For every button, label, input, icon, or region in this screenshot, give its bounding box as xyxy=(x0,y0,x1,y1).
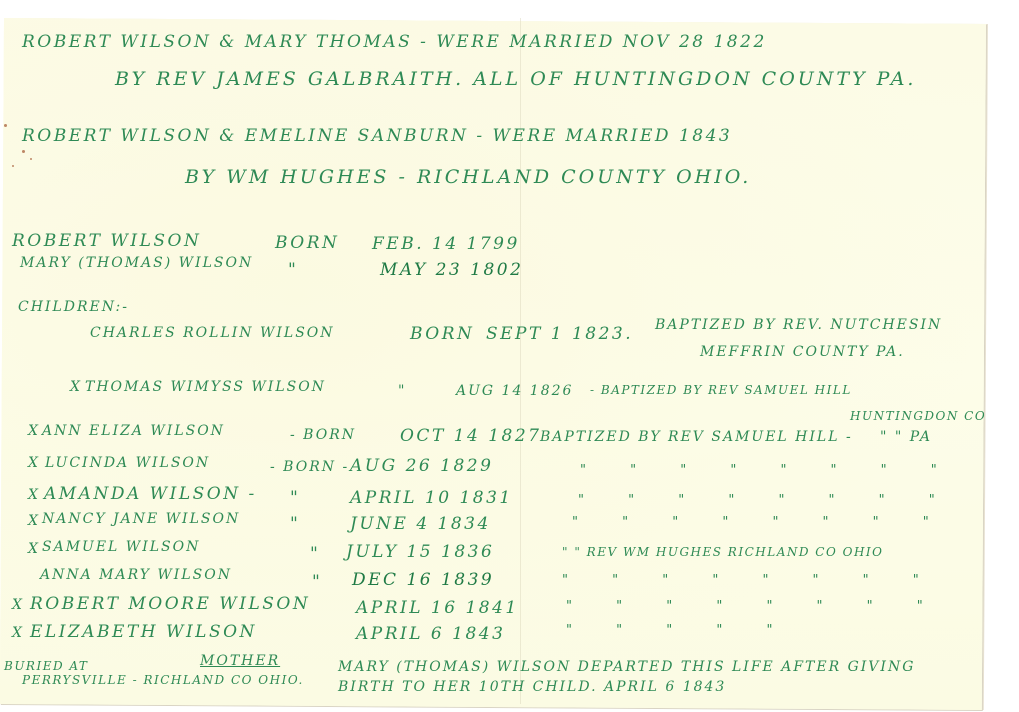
ink-stain xyxy=(22,150,25,153)
child-birth-date: Sept 1 1823. xyxy=(486,326,633,343)
child-baptism-place: Huntingdon Co xyxy=(850,410,986,422)
child-born-label: " xyxy=(290,490,300,507)
child-name: Anna Mary Wilson xyxy=(40,568,232,582)
mother-label: Mother xyxy=(200,654,280,668)
burial-place: Perrysville - Richland Co Ohio. xyxy=(22,674,304,686)
child-birth-date: April 16 1841 xyxy=(356,600,519,617)
child-baptism: " " Rev Wm Hughes Richland Co Ohio xyxy=(562,546,884,558)
child-name: Thomas Wimyss Wilson xyxy=(85,380,326,394)
ditto-marks: " " " " " " " " xyxy=(572,516,929,529)
child-birth-date: April 10 1831 xyxy=(350,490,513,507)
child-baptism-place: Meffrin County PA. xyxy=(700,345,905,359)
ink-stain xyxy=(30,158,32,160)
child-mark: x xyxy=(28,488,40,502)
child-mark: x xyxy=(70,380,82,394)
ditto-marks: " " " " " xyxy=(566,624,772,637)
child-mark: x xyxy=(12,598,24,612)
footer-line-1: Mary (Thomas) Wilson departed this life … xyxy=(338,660,915,674)
ink-stain xyxy=(4,124,7,127)
child-born-label: - Born - xyxy=(270,460,349,474)
child-name: Ann Eliza Wilson xyxy=(42,424,225,438)
child-born-label: " xyxy=(312,574,322,591)
child-birth-date: July 15 1836 xyxy=(346,544,494,561)
scanned-page: Robert Wilson & Mary Thomas - were marri… xyxy=(0,0,1019,712)
child-born-label: " xyxy=(290,516,300,533)
child-baptism: Baptized by Rev. Nutchesin xyxy=(655,318,942,332)
child-birth-date: June 4 1834 xyxy=(350,516,491,533)
ink-stain xyxy=(12,165,14,167)
parent-name: Robert Wilson xyxy=(12,233,201,250)
parent-birth-date: May 23 1802 xyxy=(380,262,523,279)
child-birth-date: Aug 26 1829 xyxy=(350,458,493,475)
ditto-marks: " " " " " " " " xyxy=(580,464,937,477)
child-born-label: Born xyxy=(410,326,474,343)
marriage-2-line-1: Robert Wilson & Emeline Sanburn - were m… xyxy=(22,128,732,145)
child-birth-date: April 6 1843 xyxy=(356,626,505,643)
child-name: Nancy Jane Wilson xyxy=(42,512,240,526)
child-mark: x xyxy=(28,424,40,438)
parent-birth-date: Feb. 14 1799 xyxy=(372,236,520,253)
ditto-marks: " " " " " " " " xyxy=(578,494,935,507)
footer-line-2: birth to her 10th child. April 6 1843 xyxy=(338,680,726,694)
child-mark: x xyxy=(28,456,40,470)
burial-label: Buried at xyxy=(4,660,88,672)
paper-fold-line xyxy=(520,18,521,704)
child-birth-date: Aug 14 1826 xyxy=(456,384,573,398)
child-name: Elizabeth Wilson xyxy=(30,624,257,641)
child-name: Charles Rollin Wilson xyxy=(90,326,335,340)
children-heading: Children:- xyxy=(18,300,129,314)
child-born-label: - Born xyxy=(290,428,356,442)
marriage-1-line-1: Robert Wilson & Mary Thomas - were marri… xyxy=(22,34,767,51)
child-mark: x xyxy=(12,626,24,640)
child-born-label: " xyxy=(310,546,320,563)
child-mark: x xyxy=(28,514,40,528)
child-baptism: Baptized by Rev Samuel Hill - xyxy=(540,430,853,444)
parent-name: Mary (Thomas) Wilson xyxy=(20,256,253,270)
child-name: Samuel Wilson xyxy=(42,540,200,554)
child-name: Robert Moore Wilson xyxy=(30,596,310,613)
child-baptism-place: " " PA xyxy=(880,430,932,444)
marriage-1-line-2: by Rev James Galbraith. All of Huntingdo… xyxy=(115,70,916,89)
child-name: Amanda Wilson - xyxy=(44,486,257,503)
child-mark: x xyxy=(28,542,40,556)
child-birth-date: Dec 16 1839 xyxy=(352,572,494,589)
ditto-marks: " " " " " " " " xyxy=(566,600,923,613)
parent-born-label: Born xyxy=(275,235,339,252)
child-birth-date: Oct 14 1827 xyxy=(400,428,542,445)
marriage-2-line-2: by Wm Hughes - Richland County Ohio. xyxy=(185,168,751,187)
ditto-marks: " " " " " " " " xyxy=(562,574,919,587)
child-baptism: - Baptized by Rev Samuel Hill xyxy=(590,384,852,396)
child-born-label: " xyxy=(398,384,406,398)
parent-born-label: " xyxy=(288,262,298,279)
child-name: Lucinda Wilson xyxy=(45,456,210,470)
